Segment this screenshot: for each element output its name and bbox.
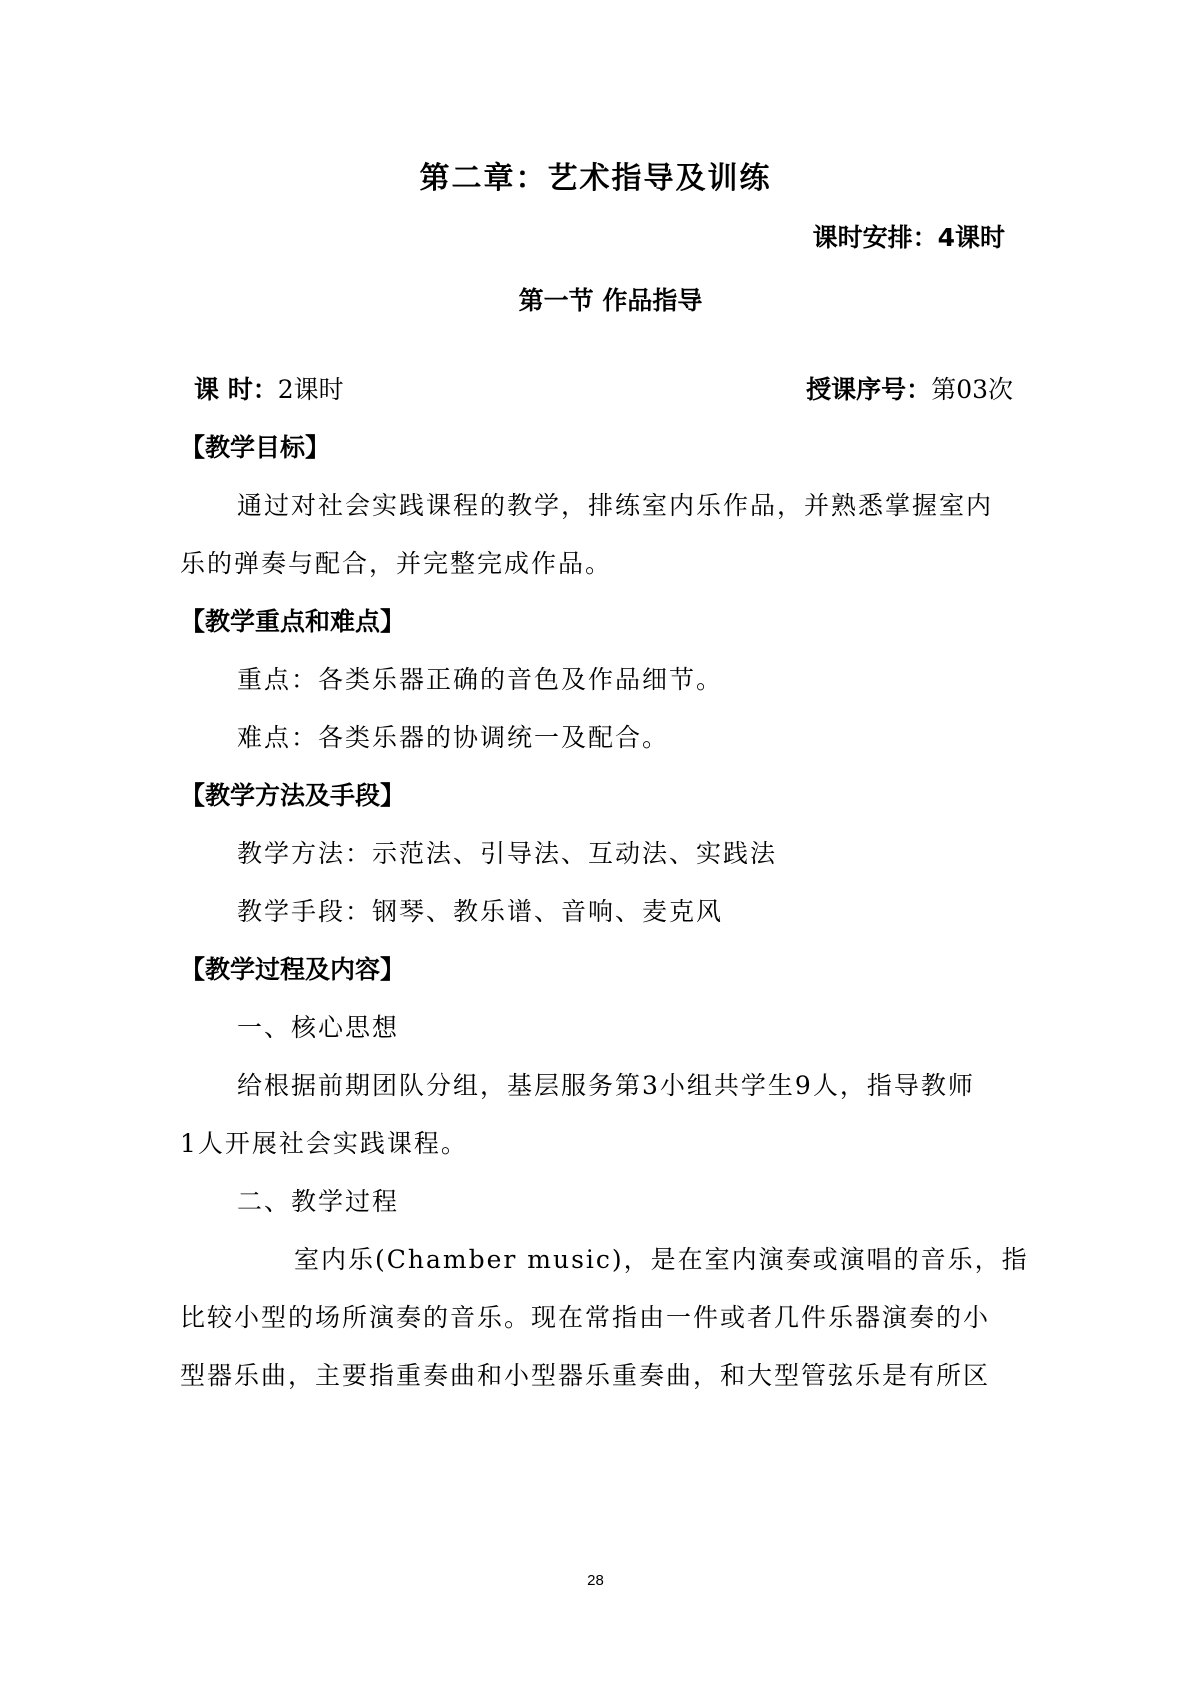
section-title: 第一节 作品指导	[0, 281, 1191, 317]
process-sub1-line-2: 1人开展社会实践课程。	[180, 1124, 1015, 1160]
lesson-number-value: 第03次	[931, 375, 1013, 404]
class-hours-label: 课 时：	[194, 375, 278, 404]
objectives-line-1: 通过对社会实践课程的教学，排练室内乐作品，并熟悉掌握室内	[237, 486, 1072, 522]
key-points-heading: 【教学重点和难点】	[180, 602, 405, 638]
key-focus: 重点：各类乐器正确的音色及作品细节。	[237, 660, 1072, 696]
lesson-number: 授课序号：第03次	[806, 370, 1013, 406]
teaching-means: 教学手段：钢琴、教乐谱、音响、麦克风	[237, 892, 1072, 928]
process-sub1-line-1: 给根据前期团队分组，基层服务第3小组共学生9人，指导教师	[237, 1066, 1072, 1102]
chapter-title: 第二章：艺术指导及训练	[0, 153, 1191, 197]
hours-arrangement: 课时安排：4课时	[813, 218, 1005, 254]
objectives-heading: 【教学目标】	[180, 428, 330, 464]
methods-heading: 【教学方法及手段】	[180, 776, 405, 812]
process-sub1: 一、核心思想	[237, 1008, 1072, 1044]
class-hours: 课 时：2课时	[194, 370, 344, 406]
process-sub2-line-2: 比较小型的场所演奏的音乐。现在常指由一件或者几件乐器演奏的小	[180, 1298, 1015, 1334]
lesson-number-label: 授课序号：	[806, 375, 931, 404]
objectives-line-2: 乐的弹奏与配合，并完整完成作品。	[180, 544, 1015, 580]
process-sub2-line-1: 室内乐(Chamber music)，是在室内演奏或演唱的音乐，指	[294, 1240, 1129, 1276]
process-heading: 【教学过程及内容】	[180, 950, 405, 986]
page-number: 28	[0, 1572, 1191, 1589]
process-sub2: 二、教学过程	[237, 1182, 1072, 1218]
key-difficulty: 难点：各类乐器的协调统一及配合。	[237, 718, 1072, 754]
class-hours-value: 2课时	[278, 375, 344, 404]
process-sub2-line-3: 型器乐曲，主要指重奏曲和小型器乐重奏曲，和大型管弦乐是有所区	[180, 1356, 1015, 1392]
teaching-methods: 教学方法：示范法、引导法、互动法、实践法	[237, 834, 1072, 870]
